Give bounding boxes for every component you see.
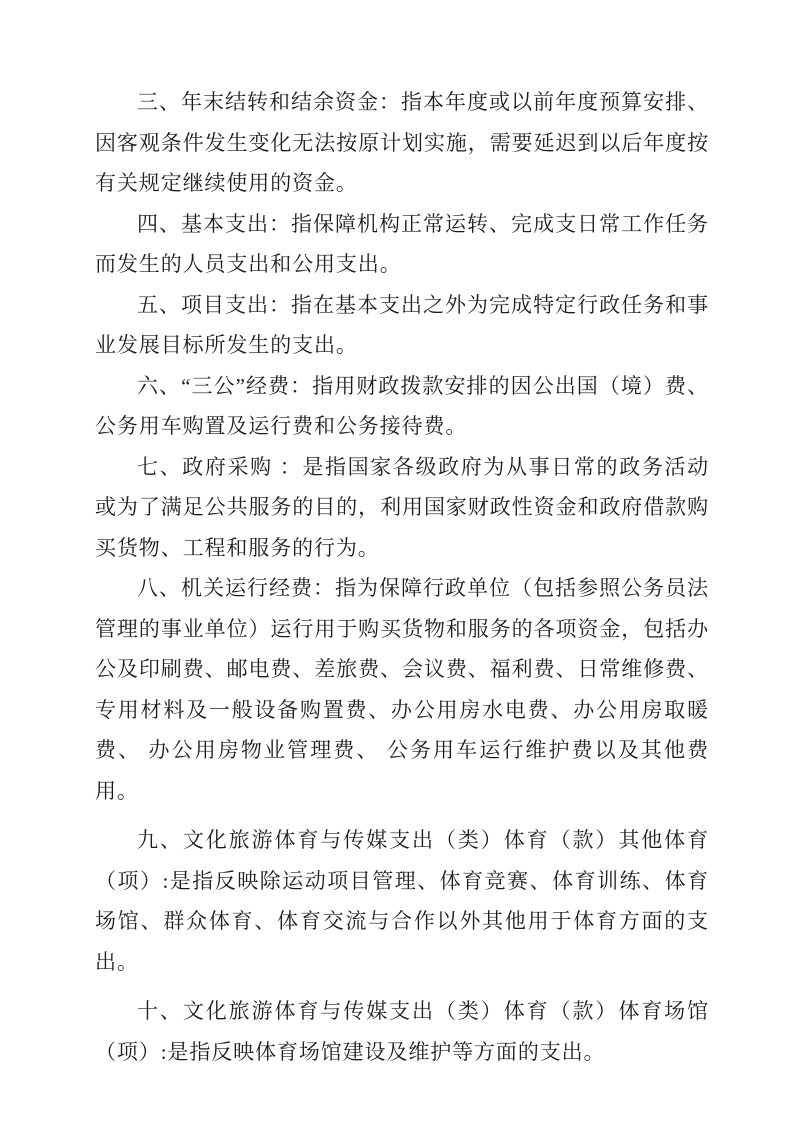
paragraph-item-10-sports-venues-expenditure: 十、文化旅游体育与传媒支出（类）体育（款）体育场馆（项）:是指反映体育场馆建设及… [95, 991, 709, 1072]
paragraph-item-5-project-expenditure: 五、项目支出：指在基本支出之外为完成特定行政任务和事业发展目标所发生的支出。 [95, 285, 709, 366]
document-body: 三、年末结转和结余资金：指本年度或以前年度预算安排、因客观条件发生变化无法按原计… [95, 82, 709, 1072]
paragraph-item-9-other-sports-expenditure: 九、文化旅游体育与传媒支出（类）体育（款）其他体育（项）:是指反映除运动项目管理… [95, 820, 709, 982]
paragraph-item-4-basic-expenditure: 四、基本支出：指保障机构正常运转、完成支日常工作任务而发生的人员支出和公用支出。 [95, 204, 709, 285]
paragraph-item-6-three-public-funds: 六、“三公”经费：指用财政拨款安排的因公出国（境）费、公务用车购置及运行费和公务… [95, 366, 709, 447]
document-page: 三、年末结转和结余资金：指本年度或以前年度预算安排、因客观条件发生变化无法按原计… [0, 0, 793, 1122]
paragraph-item-7-government-procurement: 七、政府采购 ：是指国家各级政府为从事日常的政务活动或为了满足公共服务的目的，利… [95, 447, 709, 569]
paragraph-item-3-year-end-carryover: 三、年末结转和结余资金：指本年度或以前年度预算安排、因客观条件发生变化无法按原计… [95, 82, 709, 204]
paragraph-item-8-agency-operating-funds: 八、机关运行经费：指为保障行政单位（包括参照公务员法管理的事业单位）运行用于购买… [95, 568, 709, 811]
